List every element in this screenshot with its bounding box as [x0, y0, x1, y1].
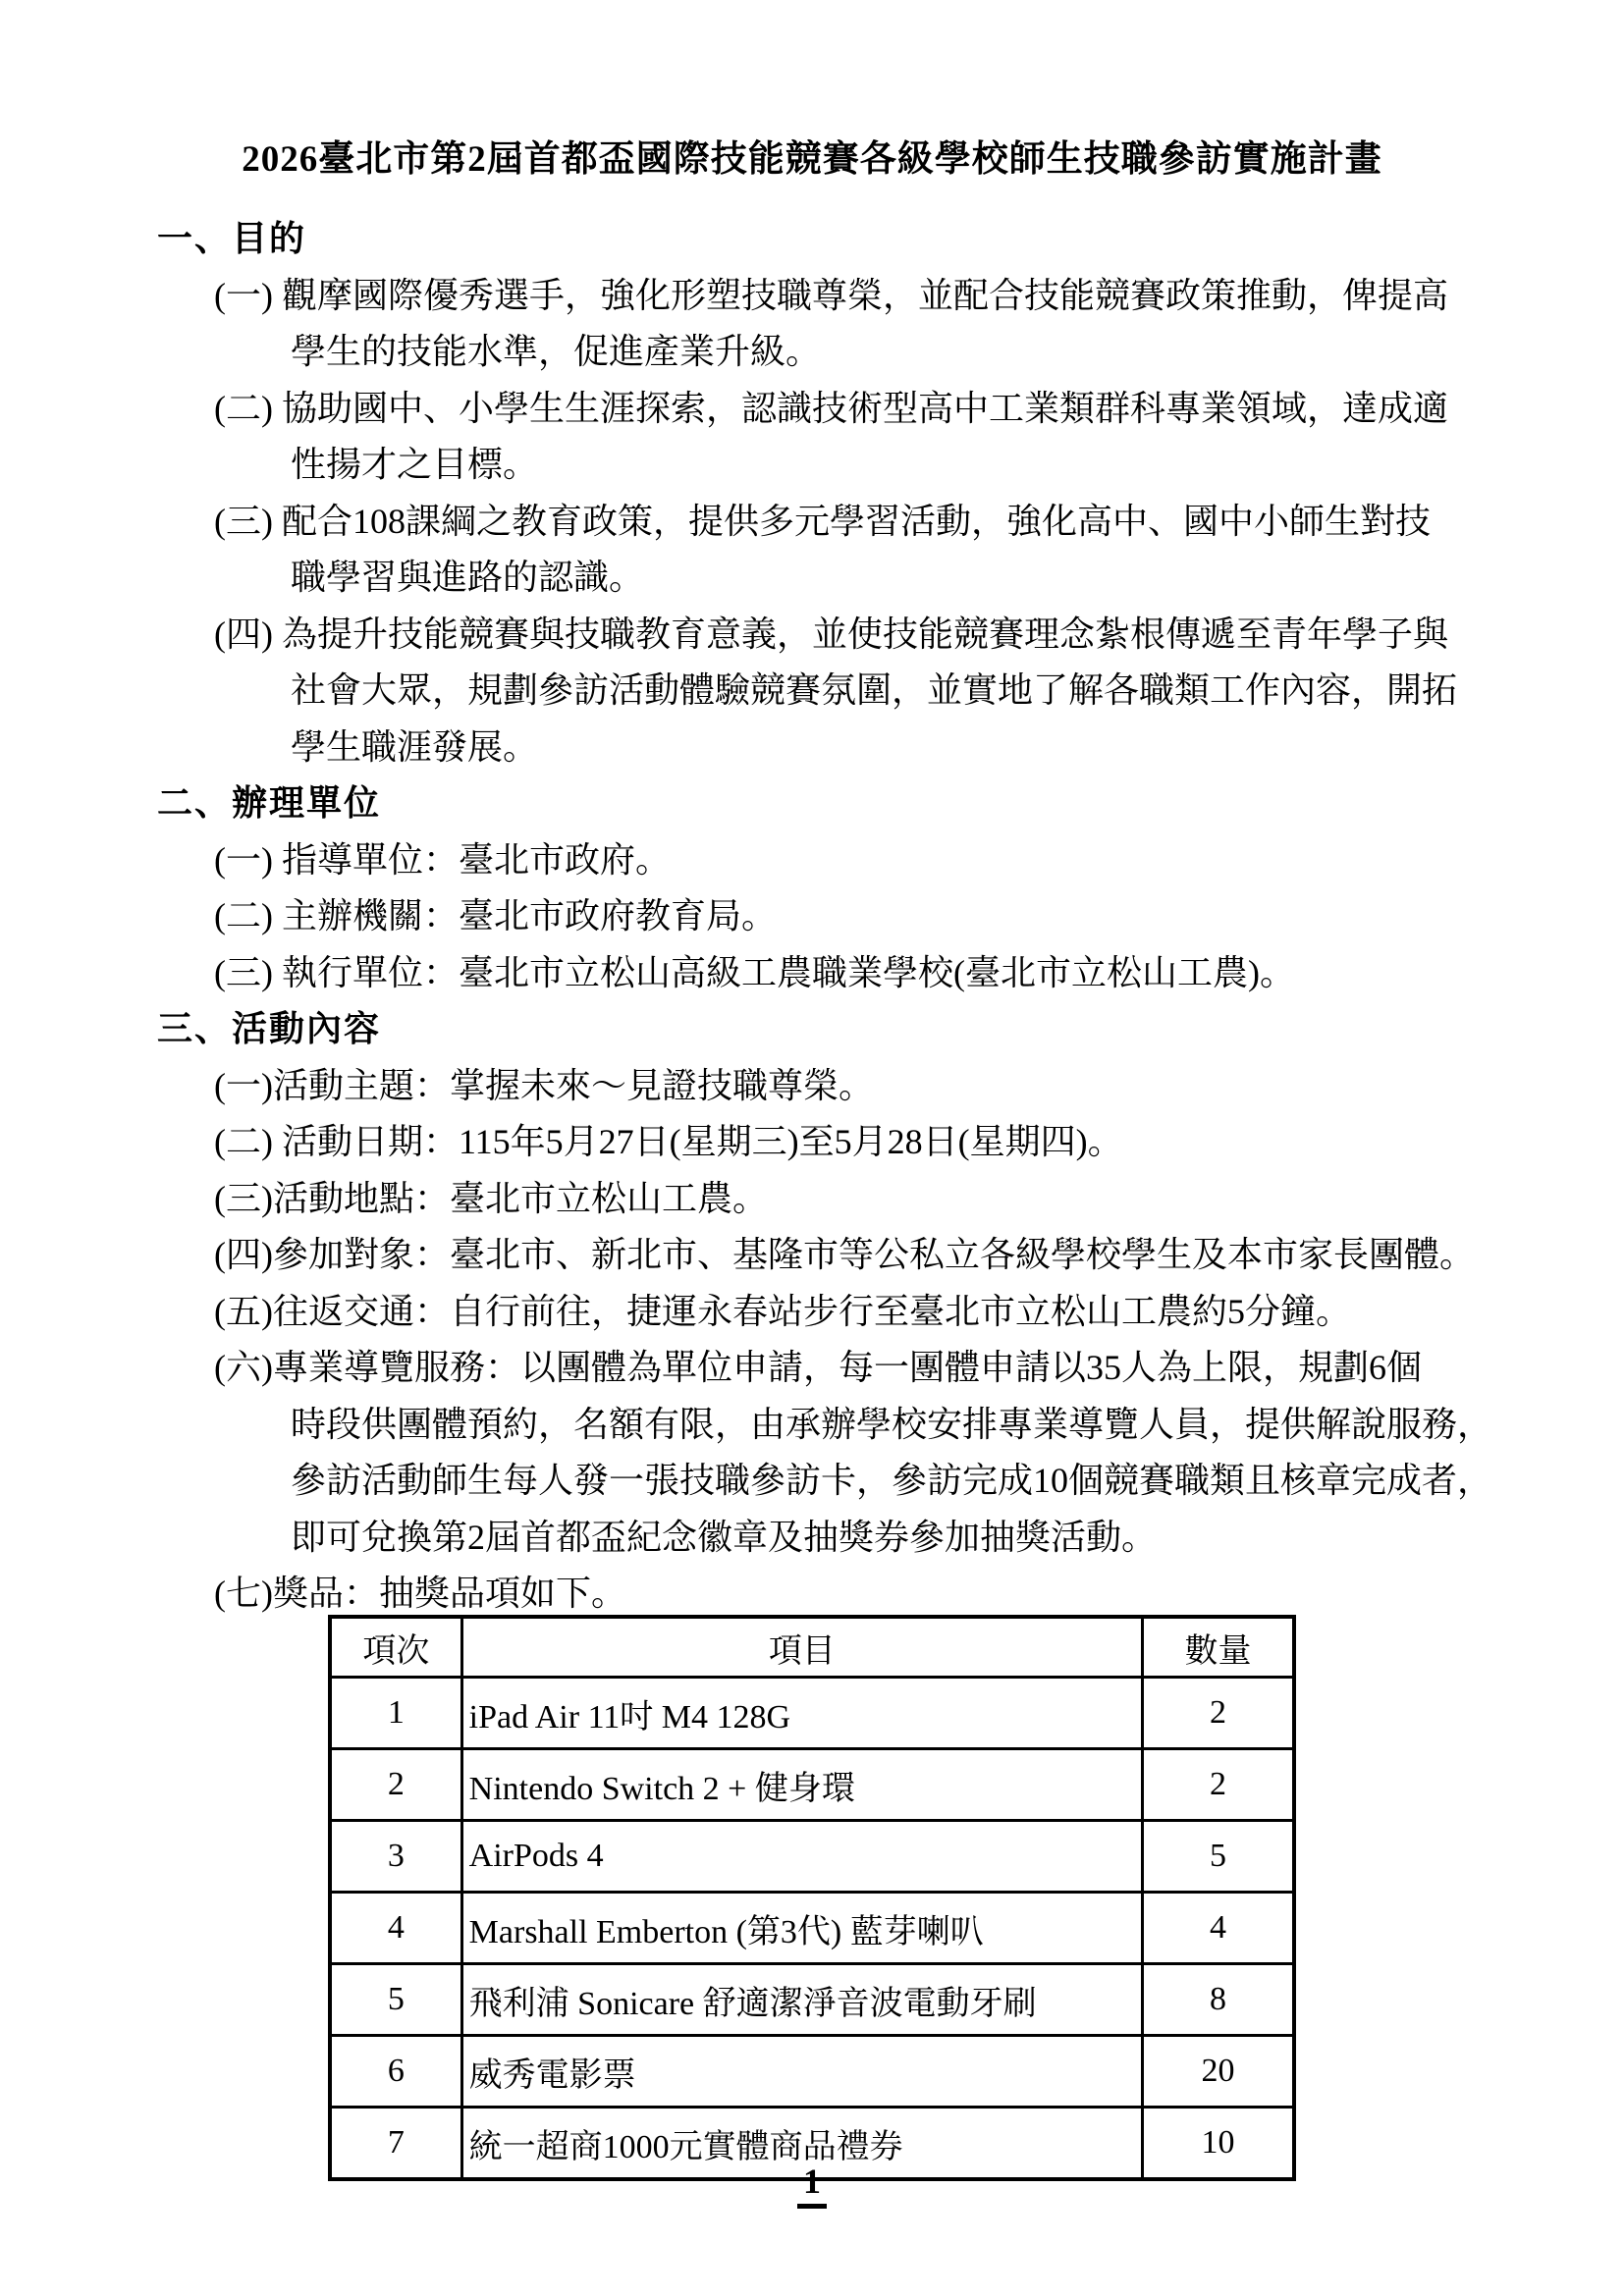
activity-guide-cont-2: 參訪活動師生每人發一張技職參訪卡，參訪完成10個競賽職類且核章完成者， — [0, 1453, 1624, 1510]
table-row: 6 威秀電影票 20 — [330, 2036, 1294, 2108]
activity-guide-cont-1: 時段供團體預約，名額有限，由承辦學校安排專業導覽人員，提供解說服務， — [0, 1397, 1624, 1454]
purpose-item-4-cont-1: 社會大眾，規劃參訪活動體驗競賽氛圍，並實地了解各職類工作內容，開拓 — [0, 663, 1624, 720]
header-quantity: 數量 — [1142, 1617, 1294, 1678]
activity-transport: (五)往返交通：自行前往，捷運永春站步行至臺北市立松山工農約5分鐘。 — [0, 1284, 1624, 1341]
header-index: 項次 — [330, 1617, 461, 1678]
row-4-quantity: 4 — [1142, 1893, 1294, 1964]
organizer-item-2: (二) 主辦機關：臺北市政府教育局。 — [0, 888, 1624, 945]
activity-prizes-intro: (七)獎品：抽獎品項如下。 — [0, 1566, 1624, 1623]
row-1-quantity: 2 — [1142, 1678, 1294, 1749]
row-2-quantity: 2 — [1142, 1749, 1294, 1821]
document-page: 2026臺北市第2屆首都盃國際技能競賽各級學校師生技職參訪實施計畫 一、目的 (… — [0, 0, 1624, 2296]
row-5-index: 5 — [330, 1964, 461, 2036]
purpose-item-2-cont: 性揚才之目標。 — [0, 437, 1624, 494]
organizer-item-3: (三) 執行單位：臺北市立松山高級工農職業學校(臺北市立松山工農)。 — [0, 945, 1624, 1002]
row-5-quantity: 8 — [1142, 1964, 1294, 2036]
row-6-quantity: 20 — [1142, 2036, 1294, 2108]
row-6-index: 6 — [330, 2036, 461, 2108]
row-5-item: 飛利浦 Sonicare 舒適潔淨音波電動牙刷 — [461, 1964, 1142, 2036]
row-6-item: 威秀電影票 — [461, 2036, 1142, 2108]
heading-organizers: 二、辦理單位 — [0, 775, 1624, 832]
header-item: 項目 — [461, 1617, 1142, 1678]
activity-theme: (一)活動主題：掌握未來～見證技職尊榮。 — [0, 1058, 1624, 1115]
purpose-item-3: (三) 配合108課綱之教育政策，提供多元學習活動，強化高中、國中小師生對技 — [0, 494, 1624, 551]
prize-table-header-row: 項次 項目 數量 — [330, 1617, 1294, 1678]
table-row: 5 飛利浦 Sonicare 舒適潔淨音波電動牙刷 8 — [330, 1964, 1294, 2036]
row-4-index: 4 — [330, 1893, 461, 1964]
activity-guide-cont-3: 即可兌換第2屆首都盃紀念徽章及抽獎券參加抽獎活動。 — [0, 1510, 1624, 1567]
activity-location: (三)活動地點：臺北市立松山工農。 — [0, 1171, 1624, 1228]
row-1-item: iPad Air 11吋 M4 128G — [461, 1678, 1142, 1749]
table-row: 2 Nintendo Switch 2 + 健身環 2 — [330, 1749, 1294, 1821]
row-2-item: Nintendo Switch 2 + 健身環 — [461, 1749, 1142, 1821]
heading-activities: 三、活動內容 — [0, 1001, 1624, 1058]
row-4-item: Marshall Emberton (第3代) 藍芽喇叭 — [461, 1893, 1142, 1964]
activity-participants: (四)參加對象：臺北市、新北市、基隆市等公私立各級學校學生及本市家長團體。 — [0, 1227, 1624, 1284]
purpose-item-3-cont: 職學習與進路的認識。 — [0, 550, 1624, 607]
row-3-index: 3 — [330, 1821, 461, 1893]
row-1-index: 1 — [330, 1678, 461, 1749]
table-row: 3 AirPods 4 5 — [330, 1821, 1294, 1893]
purpose-item-4-cont-2: 學生職涯發展。 — [0, 720, 1624, 776]
heading-purpose: 一、目的 — [0, 211, 1624, 268]
organizer-item-1: (一) 指導單位：臺北市政府。 — [0, 832, 1624, 889]
table-row: 4 Marshall Emberton (第3代) 藍芽喇叭 4 — [330, 1893, 1294, 1964]
purpose-item-1: (一) 觀摩國際優秀選手，強化形塑技職尊榮，並配合技能競賽政策推動，俾提高 — [0, 268, 1624, 325]
activity-guide-service: (六)專業導覽服務：以團體為單位申請，每一團體申請以35人為上限，規劃6個 — [0, 1340, 1624, 1397]
table-row: 1 iPad Air 11吋 M4 128G 2 — [330, 1678, 1294, 1749]
page-number-value: 1 — [797, 2160, 827, 2209]
prize-table: 項次 項目 數量 1 iPad Air 11吋 M4 128G 2 2 Nint… — [328, 1615, 1296, 2181]
purpose-item-4: (四) 為提升技能競賽與技職教育意義，並使技能競賽理念紮根傳遞至青年學子與 — [0, 607, 1624, 664]
document-title: 2026臺北市第2屆首都盃國際技能競賽各級學校師生技職參訪實施計畫 — [0, 135, 1624, 185]
row-3-quantity: 5 — [1142, 1821, 1294, 1893]
purpose-item-2: (二) 協助國中、小學生生涯探索，認識技術型高中工業類群科專業領域，達成適 — [0, 381, 1624, 438]
row-3-item: AirPods 4 — [461, 1821, 1142, 1893]
row-2-index: 2 — [330, 1749, 461, 1821]
document-body: 一、目的 (一) 觀摩國際優秀選手，強化形塑技職尊榮，並配合技能競賽政策推動，俾… — [0, 211, 1624, 1623]
activity-date: (二) 活動日期：115年5月27日(星期三)至5月28日(星期四)。 — [0, 1114, 1624, 1171]
page-number: 1 — [0, 2160, 1624, 2209]
purpose-item-1-cont: 學生的技能水準，促進產業升級。 — [0, 324, 1624, 381]
